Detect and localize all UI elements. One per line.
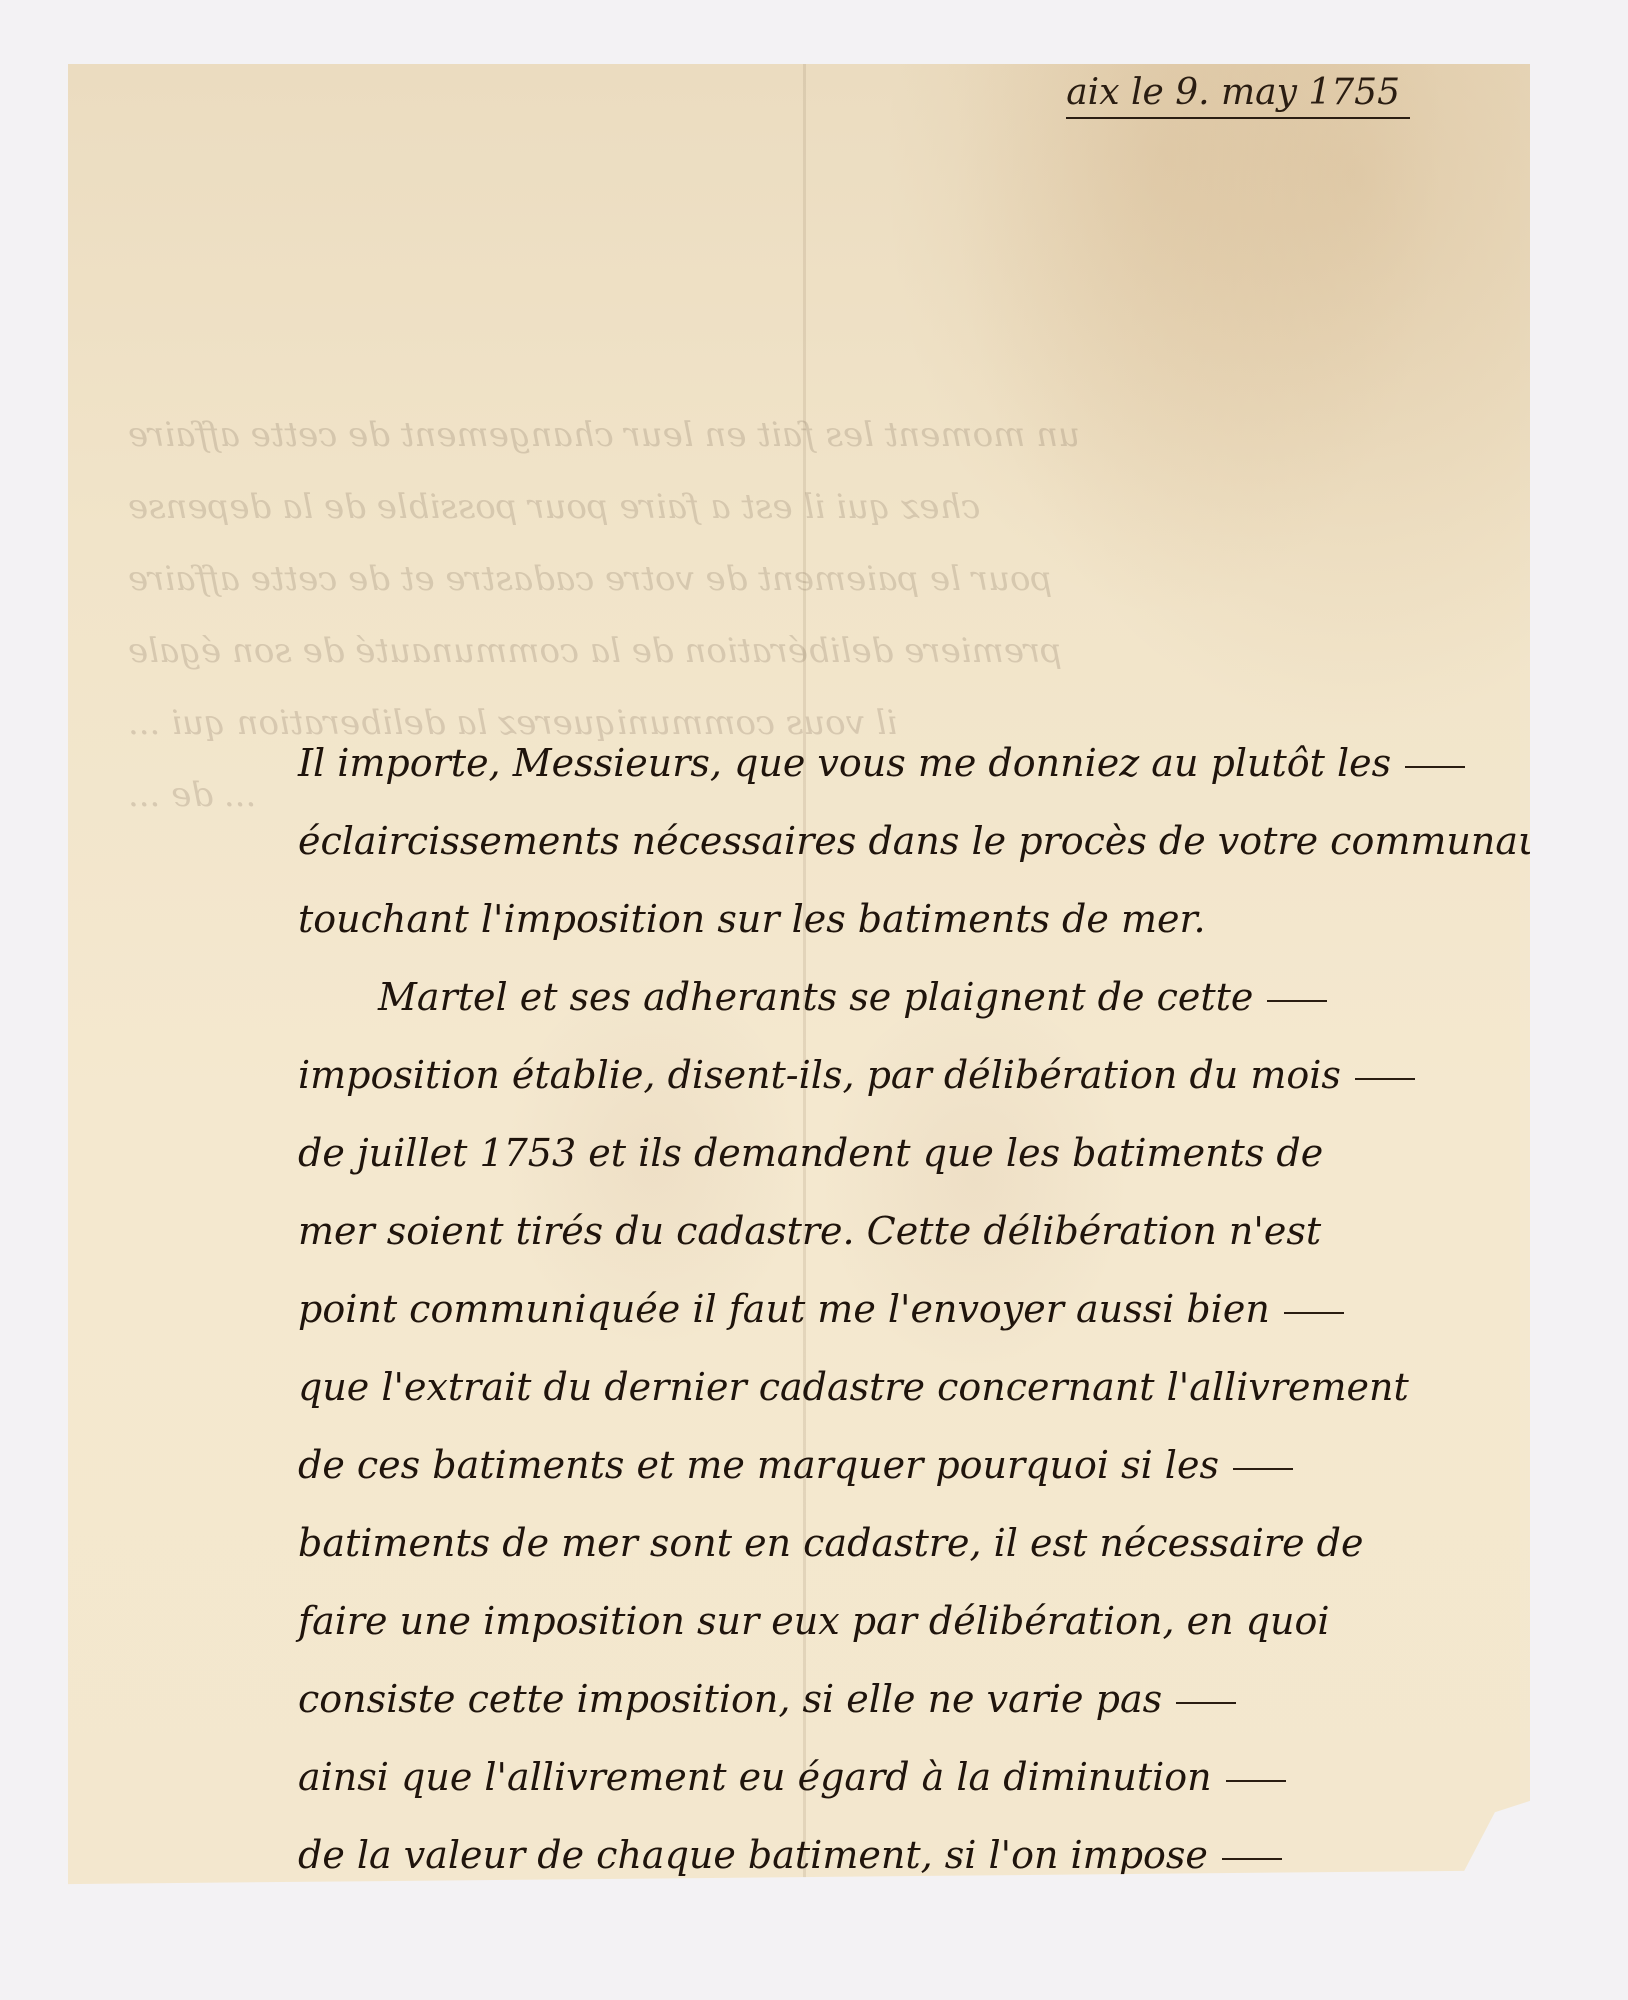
line-text: ainsi que l'allivrement eu égard à la di… xyxy=(298,1755,1212,1799)
interlinear-insertion: il faut xyxy=(718,1858,795,1936)
text-line: consiste cette imposition, si elle ne va… xyxy=(298,1660,1478,1738)
line-filler-dash xyxy=(1355,1078,1415,1080)
line-filler-dash xyxy=(1176,1702,1236,1704)
line-text: de juillet 1753 et ils demandent que les… xyxy=(298,1131,1323,1175)
text-line: de la valeur de chaque batiment, si l'on… xyxy=(298,1816,1478,1894)
line-filler-dash xyxy=(1267,1000,1327,1002)
line-text: mer soient tirés du cadastre. Cette déli… xyxy=(298,1209,1321,1253)
text-line: que l'extrait du dernier cadastre concer… xyxy=(298,1348,1478,1426)
line-filler-dash xyxy=(1222,1858,1282,1860)
line-text: imposition établie, disent-ils, par déli… xyxy=(298,1053,1341,1097)
text-line: mer soient tirés du cadastre. Cette déli… xyxy=(298,1192,1478,1270)
line-text: Martel et ses adherants se plaignent de … xyxy=(378,975,1253,1019)
line-text: m'envoyer incessamment xyxy=(828,1911,1316,1955)
text-line: Il importe, Messieurs, que vous me donni… xyxy=(298,724,1478,802)
line-text: consiste cette imposition, si elle ne va… xyxy=(298,1677,1162,1721)
text-line: éclaircissements nécessaires dans le pro… xyxy=(298,802,1478,880)
line-text: Il importe, Messieurs, que vous me donni… xyxy=(298,741,1391,785)
line-filler-dash xyxy=(1284,1312,1344,1314)
text-line: touchant l'imposition sur les batiments … xyxy=(298,880,1478,958)
struck-word: vous xyxy=(728,1911,816,1955)
text-line: imposition établie, disent-ils, par déli… xyxy=(298,1036,1478,1114)
text-line: point communiquée il faut me l'envoyer a… xyxy=(298,1270,1478,1348)
line-text: batiments de mer sont en cadastre, il es… xyxy=(298,1521,1363,1565)
line-text: point communiquée il faut me l'envoyer a… xyxy=(298,1287,1270,1331)
bleed-line: un moment les fait en leur changement de… xyxy=(128,399,1348,471)
text-line: batiments de mer sont en cadastre, il es… xyxy=(298,1504,1478,1582)
text-line: ainsi que l'allivrement eu égard à la di… xyxy=(298,1738,1478,1816)
text-line: de ces batiments et me marquer pourquoi … xyxy=(298,1426,1478,1504)
bleed-line: chez qui il est a faire pour possible de… xyxy=(128,471,1348,543)
text-line: Martel et ses adherants se plaignent de … xyxy=(298,958,1478,1036)
line-text: faire une imposition sur eux par délibér… xyxy=(298,1599,1330,1643)
line-text: que l'extrait du dernier cadastre concer… xyxy=(298,1365,1409,1409)
text-line: faire une imposition sur eux par délibér… xyxy=(298,1582,1478,1660)
date-line: aix le 9. may 1755 xyxy=(1066,72,1410,119)
text-line: de juillet 1753 et ils demandent que les… xyxy=(298,1114,1478,1192)
text-line-last: il faut pas sur le betail enfin vous m'e… xyxy=(298,1894,1478,1972)
line-filler-dash xyxy=(1405,766,1465,768)
letter-sheet: aix le 9. may 1755 un moment les fait en… xyxy=(68,64,1530,1954)
line-text: touchant l'imposition sur les batiments … xyxy=(298,897,1206,941)
line-filler-dash xyxy=(1233,1468,1293,1470)
letter-body: Il importe, Messieurs, que vous me donni… xyxy=(298,724,1478,1972)
line-text: pas sur le betail enfin xyxy=(298,1911,715,1955)
line-filler-dash xyxy=(1594,844,1628,846)
bleed-line: premiere delibération de la communauté d… xyxy=(128,615,1348,687)
bleed-line: pour le paiement de votre cadastre et de… xyxy=(128,543,1348,615)
line-text: de ces batiments et me marquer pourquoi … xyxy=(298,1443,1219,1487)
line-text: éclaircissements nécessaires dans le pro… xyxy=(298,819,1580,863)
line-filler-dash xyxy=(1226,1780,1286,1782)
